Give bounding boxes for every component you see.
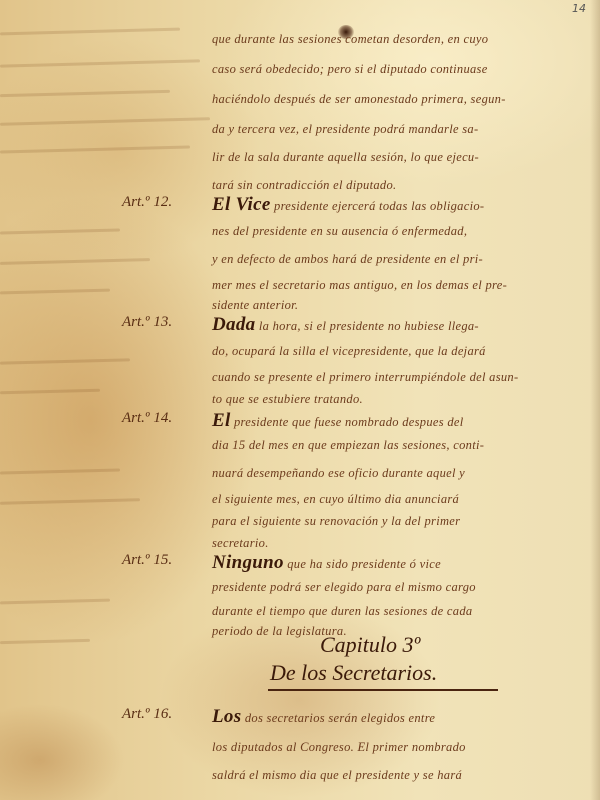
- article-label: Art.º 12.: [122, 194, 172, 211]
- article-label: Art.º 15.: [122, 552, 172, 569]
- article-initial: Los: [212, 706, 241, 727]
- text-line: haciéndolo después de ser amonestado pri…: [212, 92, 582, 107]
- text-fragment: presidente ejercerá todas las obligacio-: [274, 199, 484, 213]
- text-fragment: dos secretarios serán elegidos entre: [245, 711, 435, 725]
- text-line: do, ocupará la silla el vicepresidente, …: [212, 344, 582, 359]
- text-line: dia 15 del mes en que empiezan las sesio…: [212, 438, 582, 453]
- chapter-underline: [268, 689, 498, 691]
- text-line: los diputados al Congreso. El primer nom…: [212, 740, 582, 755]
- text-line: durante el tiempo que duren las sesiones…: [212, 604, 582, 619]
- text-line: to que se estubiere tratando.: [212, 392, 582, 407]
- text-line: saldrá el mismo dia que el presidente y …: [212, 768, 582, 783]
- manuscript-page: 14 que durante las sesiones cometan deso…: [0, 0, 600, 800]
- text-line: para el siguiente su renovación y la del…: [212, 514, 582, 529]
- page-edge: [590, 0, 600, 800]
- text-line: sidente anterior.: [212, 298, 582, 313]
- text-fragment: la hora, si el presidente no hubiese lle…: [259, 319, 479, 333]
- article-label: Art.º 13.: [122, 314, 172, 331]
- text-line: El Vice presidente ejercerá todas las ob…: [212, 194, 582, 216]
- text-line: Dada la hora, si el presidente no hubies…: [212, 314, 582, 336]
- text-line: y en defecto de ambos hará de presidente…: [212, 252, 582, 267]
- text-line: lir de la sala durante aquella sesión, l…: [212, 150, 582, 165]
- text-line: nuará desempeñando ese oficio durante aq…: [212, 466, 582, 481]
- chapter-title: Capitulo 3º: [320, 632, 420, 658]
- text-line: Ninguno que ha sido presidente ó vice: [212, 552, 582, 574]
- article-initial: Ninguno: [212, 552, 284, 573]
- article-label: Art.º 14.: [122, 410, 172, 427]
- text-line: nes del presidente en su ausencia ó enfe…: [212, 224, 582, 239]
- article-initial: El: [212, 410, 231, 431]
- text-line: da y tercera vez, el presidente podrá ma…: [212, 122, 582, 137]
- text-line: tará sin contradicción el diputado.: [212, 178, 582, 193]
- text-line: El presidente que fuese nombrado despues…: [212, 410, 582, 432]
- article-label: Art.º 16.: [122, 706, 172, 723]
- text-line: el siguiente mes, en cuyo último dia anu…: [212, 492, 582, 507]
- text-line: cuando se presente el primero interrumpi…: [212, 370, 582, 385]
- bleed-through-text: [0, 0, 230, 800]
- page-number: 14: [572, 2, 586, 15]
- article-initial: Dada: [212, 314, 255, 335]
- text-line: que durante las sesiones cometan desorde…: [212, 32, 582, 47]
- text-fragment: que ha sido presidente ó vice: [287, 557, 441, 571]
- text-fragment: presidente que fuese nombrado despues de…: [234, 415, 464, 429]
- article-initial: El Vice: [212, 194, 271, 215]
- chapter-subtitle: De los Secretarios.: [270, 660, 437, 686]
- text-line: presidente podrá ser elegido para el mis…: [212, 580, 582, 595]
- text-line: Los dos secretarios serán elegidos entre: [212, 706, 582, 728]
- text-line: mer mes el secretario mas antiguo, en lo…: [212, 278, 582, 293]
- text-line: caso será obedecido; pero si el diputado…: [212, 62, 582, 77]
- text-line: secretario.: [212, 536, 582, 551]
